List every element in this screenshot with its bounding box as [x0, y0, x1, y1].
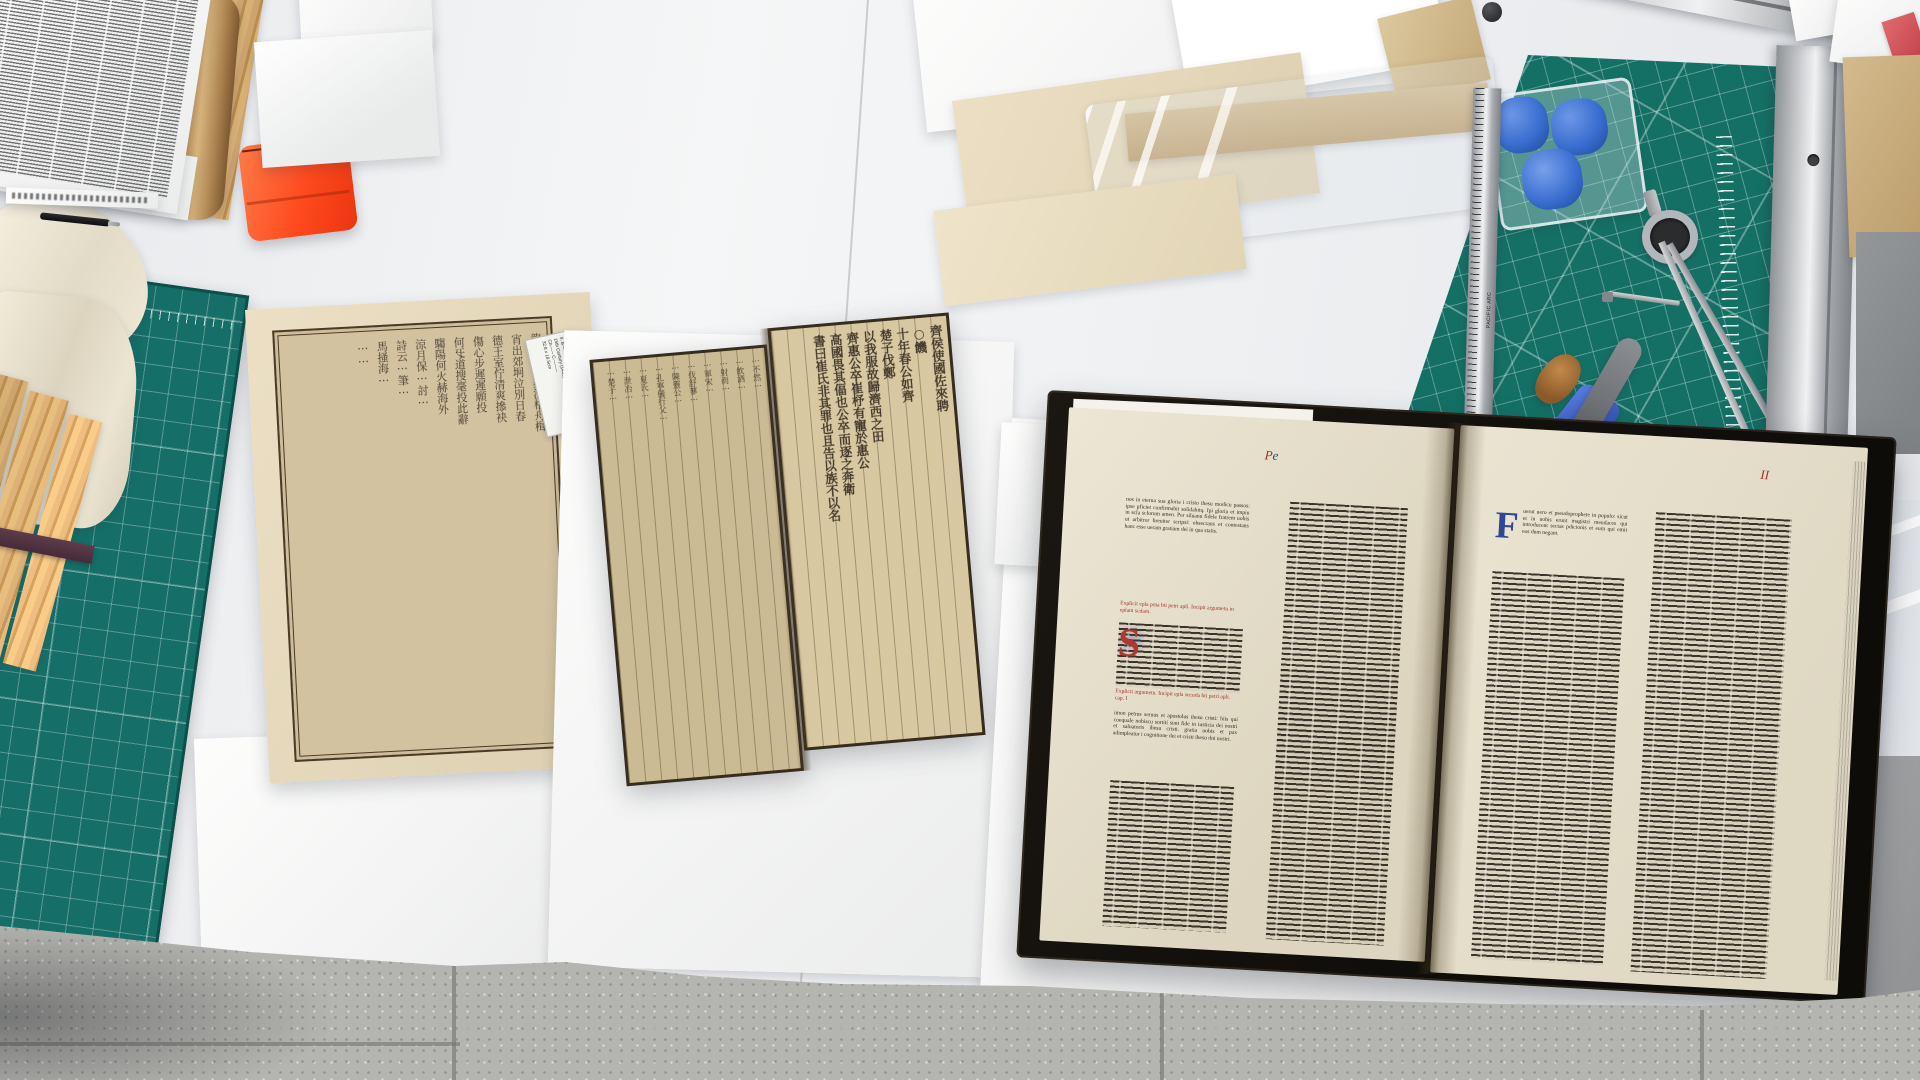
bible-left-page: Pe nos in eterna sua gloria i cristo ihe… — [1039, 407, 1454, 962]
divider-screw-knob — [1602, 292, 1613, 302]
small-label-text-blur — [12, 193, 150, 204]
leaf-text-columns: 龍龜百川盡㴱枯舟楫宵出郊坰泣別日春德王室佇清爽撡袂傷心步遲遲願投何㸦道搜毫投此辭… — [285, 333, 562, 746]
decorated-initial-s: S — [1117, 622, 1145, 661]
ruler-brand: PACIFIC ARC — [1486, 292, 1493, 329]
chapter2-opening-block: F uerut uero et pseudoprophete in populo… — [1493, 507, 1628, 578]
right-col1-text-lines — [1471, 571, 1624, 966]
bible-right-col1: F uerut uero et pseudoprophete in populo… — [1471, 507, 1628, 966]
woodblock-leaf: 龍龜百川盡㴱枯舟楫宵出郊坰泣別日春德王室佇清爽撡袂傷心步遲遲願投何㸦道搜毫投此辭… — [272, 316, 574, 762]
printed-article-page — [0, 0, 213, 214]
peter1-ending-text: nos in eterna sua gloria i cristo ihesu … — [1120, 497, 1250, 608]
running-title-right: II — [1760, 468, 1769, 481]
divider-adjust-screw — [1608, 291, 1680, 306]
korean-book: ⋯不然⋯⋯飲酒⋯⋯射而⋯⋯軍宋⋯⋯伐舒蓼⋯⋯陳靈公⋯⋯孔寧儀行父⋯⋯夏氏⋯⋯泄冶… — [588, 312, 988, 794]
argumentum-block: S — [1115, 622, 1242, 695]
bible-left-col1: nos in eterna sua gloria i cristo ihesu … — [1102, 497, 1250, 933]
rail-screw-hole — [1807, 154, 1819, 166]
gray-panel-right — [1856, 232, 1920, 454]
divider-leg — [1658, 241, 1751, 438]
lombard-initial-f: F — [1494, 507, 1523, 544]
left-col1-text-lines — [1102, 780, 1234, 933]
printed-article-text — [0, 0, 199, 198]
show-through-text — [1275, 669, 1399, 785]
bible-right-col2 — [1630, 512, 1791, 979]
running-title-left-e: e — [1272, 448, 1279, 463]
chapter2-opening-text: uerut uero et pseudoprophete in populo: … — [1520, 509, 1628, 577]
running-title-left: Pe — [1264, 448, 1278, 462]
bible-right-page: II F uerut uero et pseudoprophete in pop… — [1430, 425, 1868, 995]
arm-pivot-knob — [1482, 2, 1502, 22]
pouch-crease — [246, 190, 350, 206]
workbench-photo: LION 龍龜百川盡㴱枯舟楫宵出郊坰泣別日春德王室佇清爽撡袂傷心步遲遲願投何㸦道… — [0, 0, 1920, 1080]
page-block-edges — [1824, 461, 1865, 981]
bible-book: Pe nos in eterna sua gloria i cristo ihe… — [1016, 390, 1896, 1005]
floor-grout-line — [1160, 992, 1164, 1080]
floor-grout-line — [1700, 1010, 1704, 1080]
tissue-box — [254, 30, 440, 168]
peter2-opening-text: imon petrus seruus et apostolus ihesu cr… — [1110, 710, 1238, 787]
floor-grout-line — [452, 966, 456, 1080]
kraft-sheet-right — [1843, 55, 1920, 258]
korean-book-left-text: ⋯不然⋯⋯飲酒⋯⋯射而⋯⋯軍宋⋯⋯伐舒蓼⋯⋯陳靈公⋯⋯孔寧儀行父⋯⋯夏氏⋯⋯泄冶… — [599, 356, 794, 774]
korean-book-right-text: 齊侯使國佐來聘○饑十年春公如齊楚子伐鄭以我服故歸濟西之田齊惠公卒崔杼有寵於惠公高… — [777, 324, 975, 739]
